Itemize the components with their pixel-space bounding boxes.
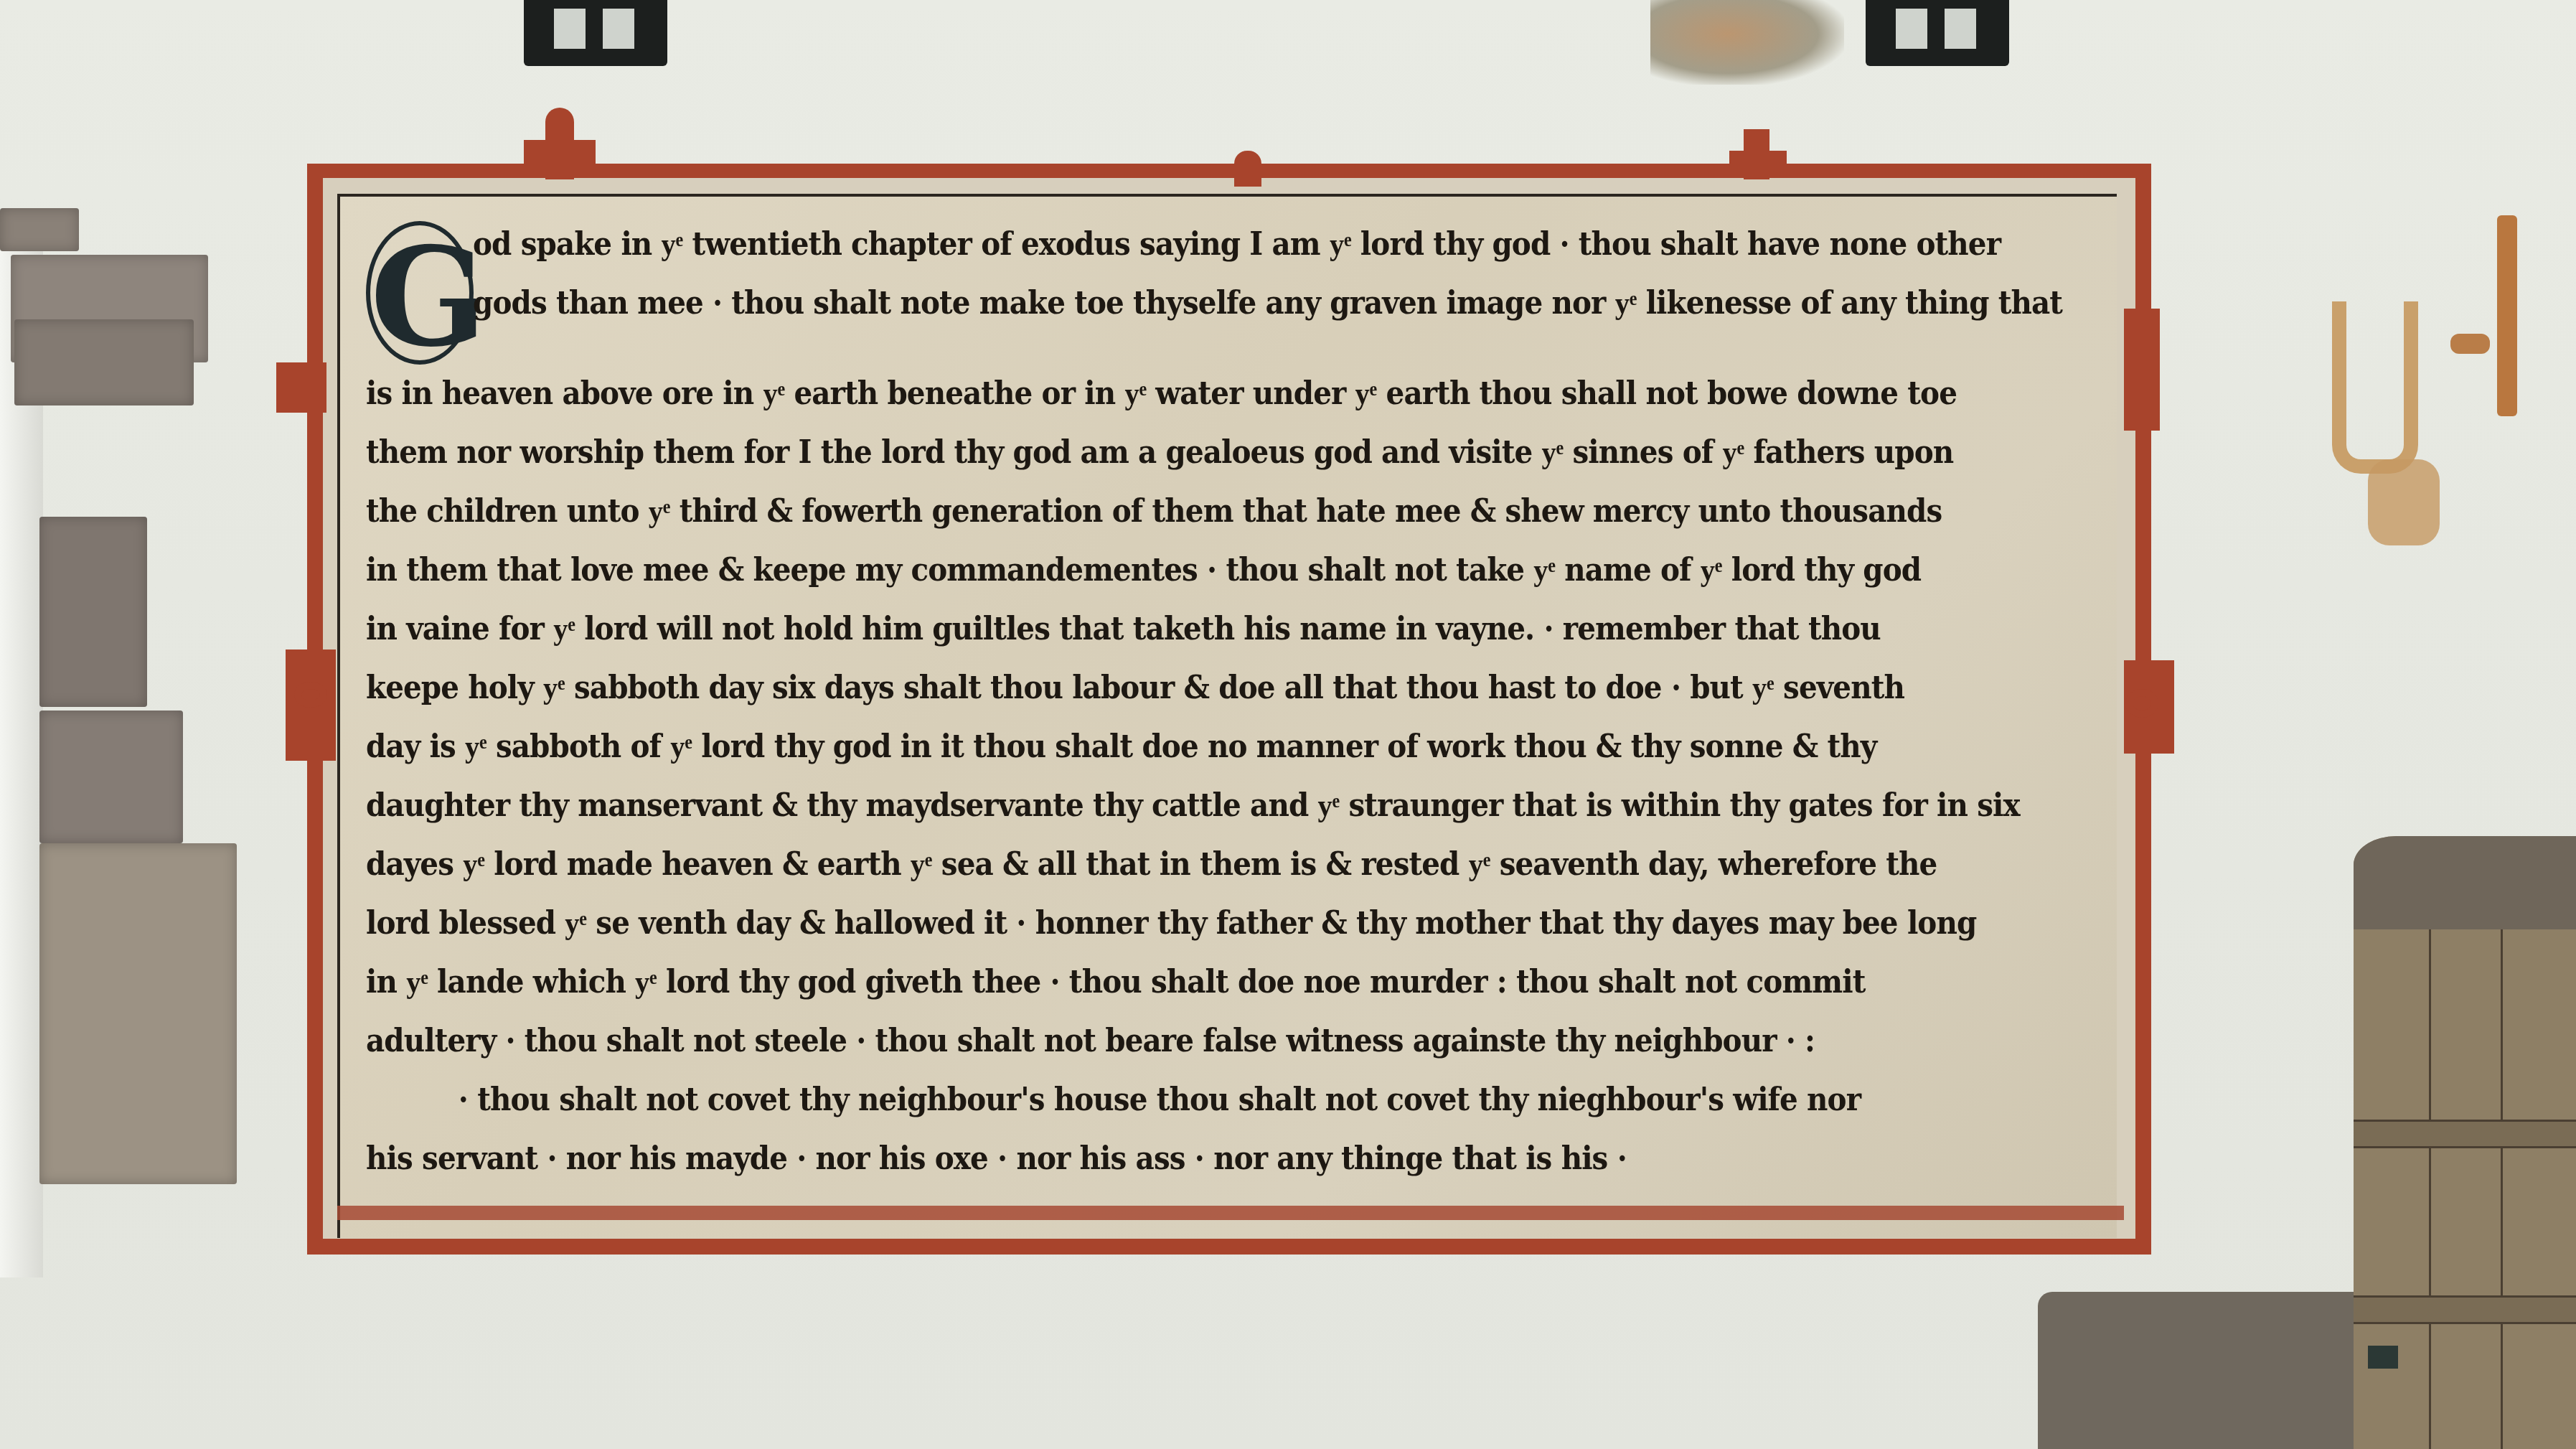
border-ring: [294, 682, 327, 708]
inscription-line: · thou shalt not covet thy neighbour's h…: [366, 1071, 1970, 1130]
inscription-line: in yͤ lande which yͤ lord thy god giveth…: [366, 953, 1970, 1012]
fresco-fragment-right: [2303, 187, 2576, 718]
wall-lantern-left: [524, 0, 667, 66]
inscription-line: dayes yͤ lord made heaven & earth yͤ sea…: [366, 835, 1970, 894]
stone-block: [39, 711, 183, 843]
border-finial: [1234, 151, 1261, 187]
door-stone-arch: [2354, 836, 2576, 929]
inscription-text: G od spake in yͤ twentieth chapter of ex…: [366, 215, 2110, 1188]
stone-block: [39, 517, 147, 707]
inscription-line: keepe holy yͤ sabboth day six days shalt…: [366, 659, 1970, 718]
border-tab: [2124, 309, 2160, 431]
inscription-line: in them that love mee & keepe my command…: [366, 541, 1970, 600]
inscription-line: od spake in yͤ twentieth chapter of exod…: [366, 215, 1970, 274]
wooden-door[interactable]: [2354, 836, 2576, 1449]
inscription-line: lord blessed yͤ se venth day & hallowed …: [366, 894, 1970, 953]
inscription-line: is in heaven above ore in yͤ earth benea…: [366, 365, 1970, 423]
inscription-line: day is yͤ sabboth of yͤ lord thy god in …: [366, 718, 1970, 777]
border-finial: [1729, 151, 1787, 175]
inscription-line: gods than mee · thou shalt note make toe…: [366, 274, 1970, 333]
inscription-line: the children unto yͤ third & fowerth gen…: [366, 482, 1970, 541]
inscription-line: in vaine for yͤ lord will not hold him g…: [366, 600, 1970, 659]
inscription-line: his servant · nor his mayde · nor his ox…: [366, 1130, 1970, 1188]
door-lock-icon: [2368, 1346, 2398, 1369]
inscription-line: adultery · thou shalt not steele · thou …: [366, 1012, 1970, 1071]
door-rail: [2354, 1295, 2576, 1324]
border-finial: [524, 140, 596, 169]
fresco-sword-hilt: [2332, 301, 2418, 474]
stone-block: [0, 208, 79, 251]
stone-block: [39, 843, 237, 1184]
inscription-line: daughter thy manservant & thy maydservan…: [366, 777, 1970, 835]
panel-bottom-band: [337, 1206, 2124, 1220]
wall-lantern-right: [1866, 0, 2009, 66]
inscription-line: them nor worship them for I the lord thy…: [366, 423, 1970, 482]
border-ring: [2125, 689, 2158, 718]
stone-window-jamb: [0, 208, 258, 1285]
border-tab: [276, 362, 326, 413]
stone-threshold: [2038, 1292, 2361, 1449]
door-rail: [2354, 1120, 2576, 1148]
stone-block: [14, 319, 194, 405]
fresco-fragment-top: [1650, 0, 1844, 85]
fresco-bar: [2497, 215, 2517, 416]
